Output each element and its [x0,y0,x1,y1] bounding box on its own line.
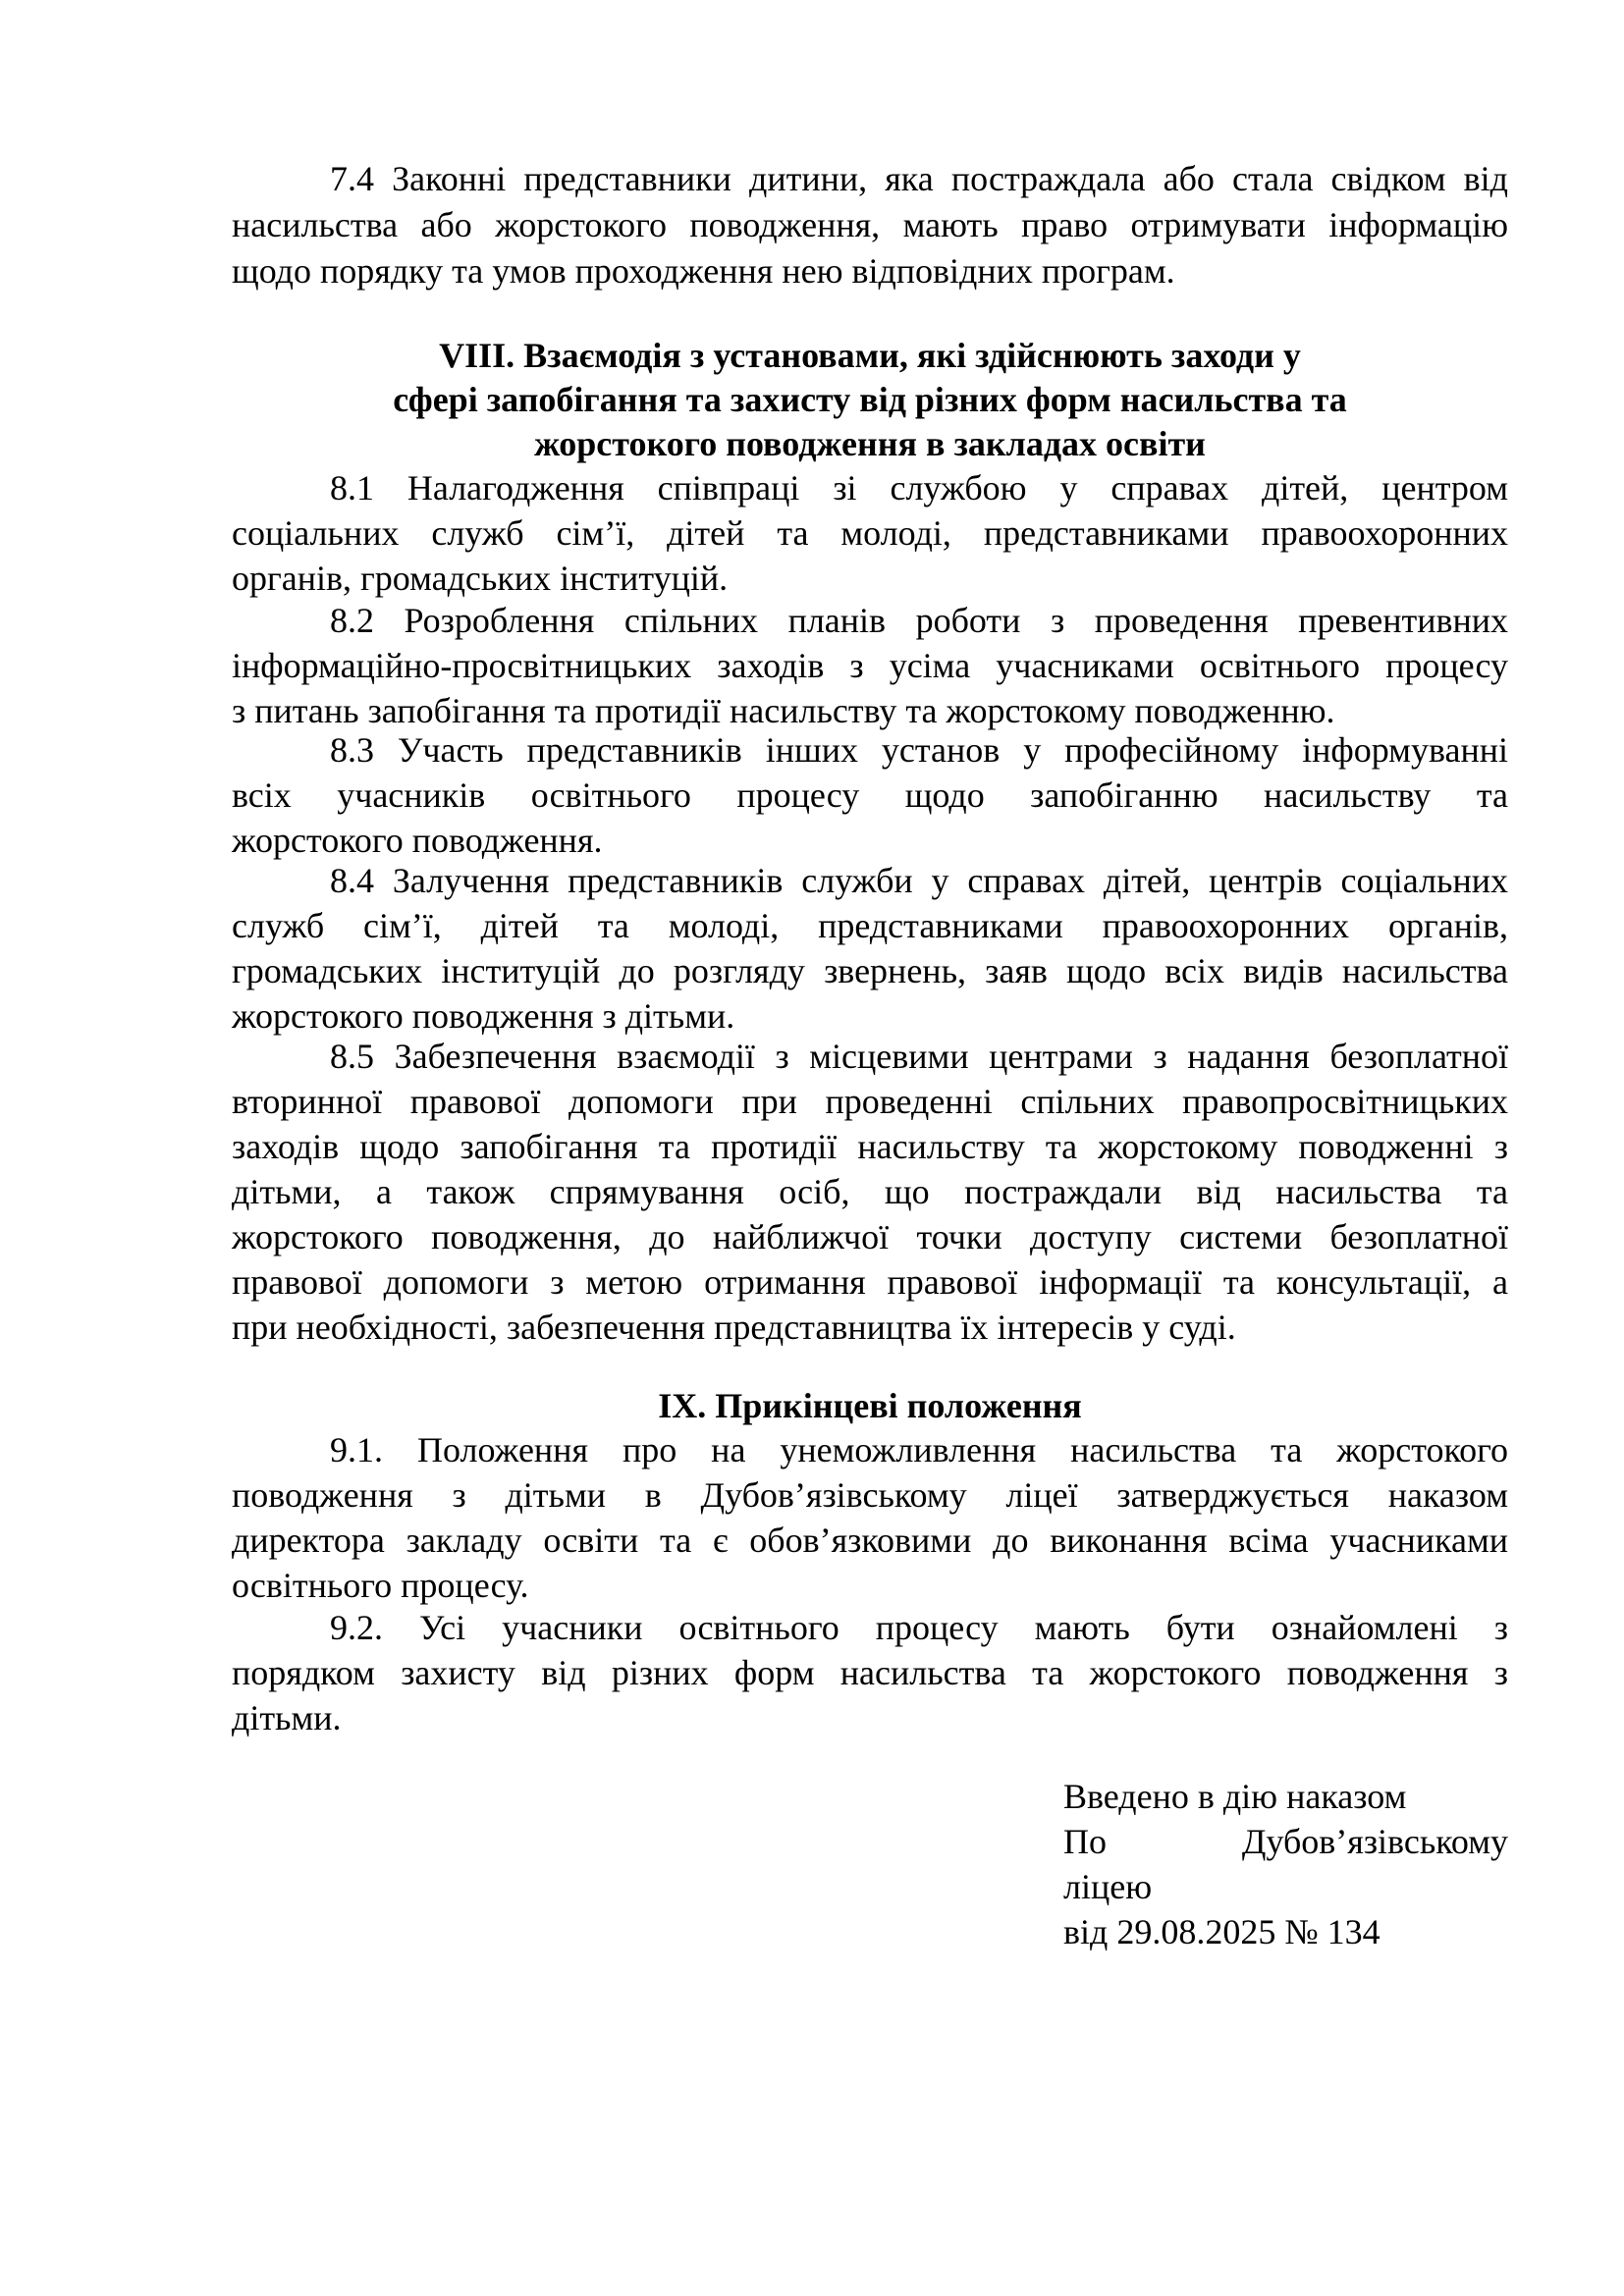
paragraph-8-5-line: жорстокого поводження, до найближчої точ… [232,1215,1508,1258]
paragraph-9-1-line: директора закладу освіти та є обов’язков… [232,1519,1508,1562]
paragraph-9-1-line: поводження з дітьми в Дубов’язівському л… [232,1473,1508,1517]
paragraph-8-5-line: правової допомоги з метою отримання прав… [232,1260,1508,1304]
paragraph-8-1-line: органів, громадських інституцій. [232,557,1508,600]
paragraph-8-4-line: громадських інституцій до розгляду зверн… [232,949,1508,992]
paragraph-8-5-line: дітьми, а також спрямування осіб, що пос… [232,1170,1508,1213]
signature-lyceum-name: Дубов’язівському [1242,1822,1508,1861]
document-page: 7.4 Законні представники дитини, яка пос… [0,0,1624,2296]
paragraph-9-1-line: 9.1. Положення про на унеможливлення нас… [330,1428,1508,1471]
paragraph-8-4-line: 8.4 Залучення представників служби у спр… [330,859,1508,902]
paragraph-8-2-line: 8.2 Розроблення спільних планів роботи з… [330,599,1508,642]
paragraph-8-4-line: жорстокого поводження з дітьми. [232,994,1508,1038]
paragraph-7-4-line: щодо порядку та умов проходження нею від… [232,249,1508,293]
paragraph-9-2-line: 9.2. Усі учасники освітнього процесу маю… [330,1606,1508,1649]
paragraph-8-2-line: з питань запобігання та протидії насильс… [232,689,1508,732]
signature-line-enacted: Введено в дію наказом [1063,1775,1508,1818]
section-8-heading: VIII. Взаємодія з установами, які здійсн… [232,334,1508,377]
paragraph-8-5-line: при необхідності, забезпечення представн… [232,1306,1508,1349]
paragraph-9-1-line: освітнього процесу. [232,1564,1508,1607]
signature-line-lyceum: По Дубов’язівському [1063,1820,1508,1863]
paragraph-8-5-line: 8.5 Забезпечення взаємодії з місцевими ц… [330,1035,1508,1078]
paragraph-8-3-line: всіх учасників освітнього процесу щодо з… [232,774,1508,817]
paragraph-7-4-line: 7.4 Законні представники дитини, яка пос… [330,157,1508,200]
paragraph-8-5-line: вторинної правової допомоги при проведен… [232,1080,1508,1123]
paragraph-8-3-line: жорстокого поводження. [232,819,1508,862]
paragraph-9-2-line: порядком захисту від різних форм насильс… [232,1651,1508,1694]
paragraph-8-3-line: 8.3 Участь представників інших установ у… [330,728,1508,772]
signature-by-label: По [1063,1822,1107,1861]
paragraph-8-1-line: 8.1 Налагодження співпраці зі службою у … [330,466,1508,509]
paragraph-8-4-line: служб сім’ї, дітей та молоді, представни… [232,904,1508,947]
section-8-heading: сфері запобігання та захисту від різних … [232,378,1508,421]
signature-line-lyceum-cont: ліцею [1063,1865,1508,1908]
signature-order-date-number: від 29.08.2025 № 134 [1063,1910,1508,1953]
paragraph-9-2-line: дітьми. [232,1696,1508,1739]
section-8-heading: жорстокого поводження в закладах освіти [232,422,1508,465]
paragraph-8-1-line: соціальних служб сім’ї, дітей та молоді,… [232,511,1508,555]
section-9-heading: IX. Прикінцеві положення [232,1384,1508,1427]
paragraph-8-5-line: заходів щодо запобігання та протидії нас… [232,1125,1508,1168]
paragraph-8-2-line: інформаційно-просвітницьких заходів з ус… [232,644,1508,687]
paragraph-7-4-line: насильства або жорстокого поводження, ма… [232,203,1508,246]
